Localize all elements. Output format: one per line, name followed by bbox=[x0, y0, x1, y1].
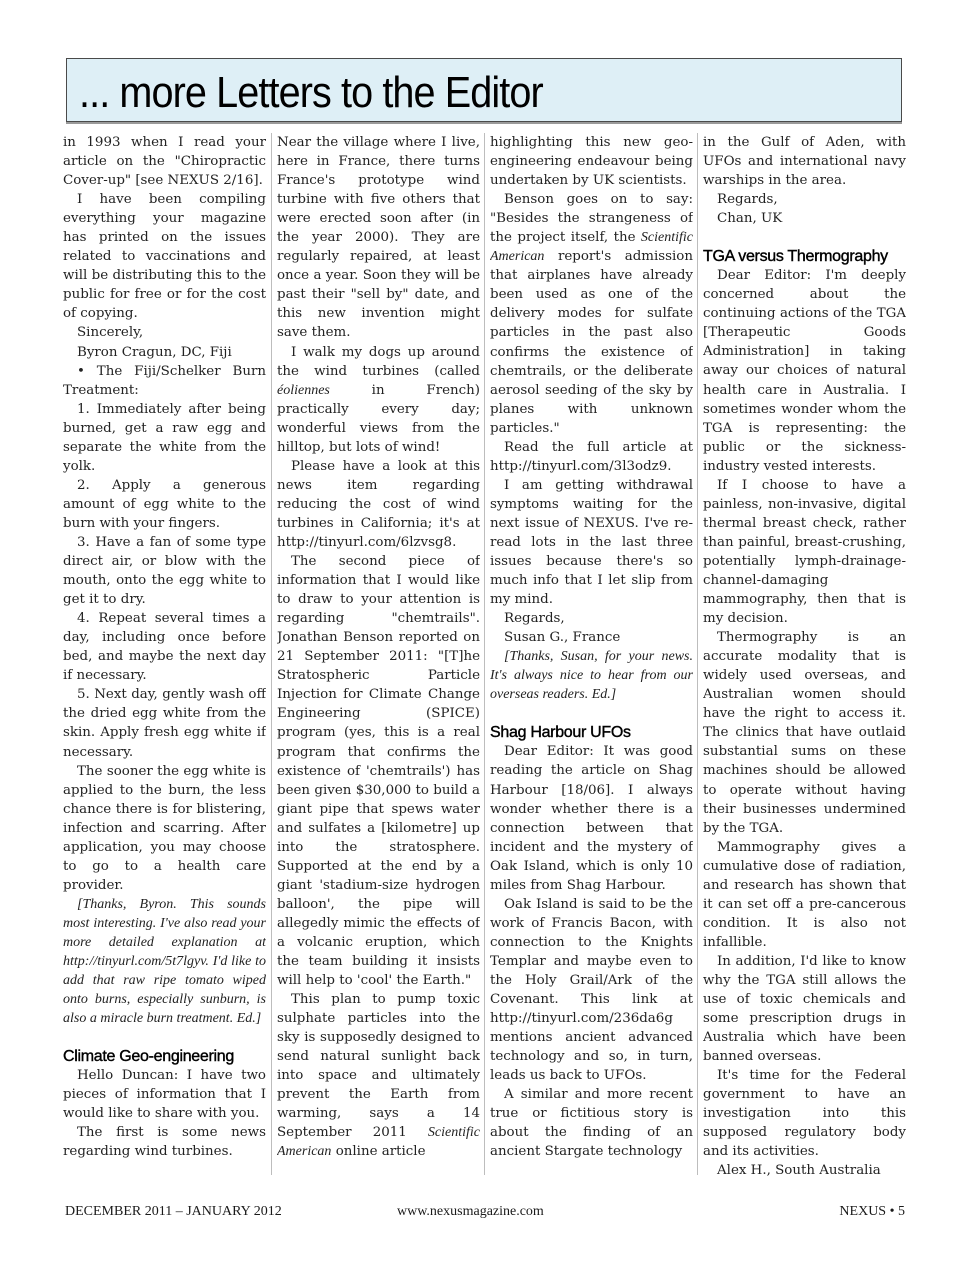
text-run: highlighting this new geo-engineering en… bbox=[490, 135, 693, 188]
letter-paragraph: If I choose to have a painless, non-inva… bbox=[703, 476, 906, 628]
column-3: highlighting this new geo-engineering en… bbox=[490, 133, 693, 1183]
text-run: Alex H., South Australia bbox=[717, 1163, 881, 1178]
letter-paragraph: The sooner the egg white is applied to t… bbox=[63, 762, 266, 895]
letter-paragraph: in 1993 when I read your article on the … bbox=[63, 133, 266, 190]
letter-paragraph: Benson goes on to say: "Besides the stra… bbox=[490, 190, 693, 438]
text-run: I am getting withdrawal symptoms waiting… bbox=[490, 478, 693, 607]
letter-signature: Susan G., France bbox=[490, 628, 693, 647]
letter-paragraph: 3. Have a fan of some type direct air, o… bbox=[63, 533, 266, 609]
letter-paragraph: The first is some news regarding wind tu… bbox=[63, 1123, 266, 1161]
letter-paragraph: I walk my dogs up around the wind turbin… bbox=[277, 343, 480, 457]
letter-signature: Chan, UK bbox=[703, 209, 906, 228]
text-run: The first is some news regarding wind tu… bbox=[63, 1125, 266, 1159]
text-run: Dear Editor: It was good reading the art… bbox=[490, 744, 693, 892]
text-run: in 1993 when I read your article on the … bbox=[63, 135, 266, 188]
text-run: [Thanks, Byron. This sounds most interes… bbox=[63, 897, 266, 1026]
text-run: Oak Island is said to be the work of Fra… bbox=[490, 897, 693, 1083]
text-run: Read the full article at http://tinyurl.… bbox=[490, 440, 693, 474]
text-run: Hello Duncan: I have two pieces of infor… bbox=[63, 1068, 266, 1121]
text-run: report's admission that airplanes have a… bbox=[490, 249, 693, 435]
text-run: Please have a look at this news item reg… bbox=[277, 459, 480, 550]
editor-note: [Thanks, Byron. This sounds most interes… bbox=[63, 895, 266, 1028]
letter-heading: Climate Geo-engineering bbox=[63, 1047, 266, 1066]
letter-signature: Regards, bbox=[703, 190, 906, 209]
text-run: online article bbox=[331, 1144, 425, 1159]
letter-paragraph: 4. Repeat several times a day, including… bbox=[63, 609, 266, 685]
text-run: Regards, bbox=[717, 192, 778, 207]
letter-signature: Sincerely, bbox=[63, 323, 266, 342]
column-4: in the Gulf of Aden, with UFOs and inter… bbox=[703, 133, 906, 1183]
letter-paragraph: This plan to pump toxic sulphate particl… bbox=[277, 990, 480, 1161]
page-number: NEXUS • 5 bbox=[839, 1204, 905, 1220]
column-1: in 1993 when I read your article on the … bbox=[63, 133, 266, 1183]
letter-paragraph: • The Fiji/Schelker Burn Treatment: bbox=[63, 362, 266, 400]
text-run: Dear Editor: I'm deeply concerned about … bbox=[703, 268, 906, 473]
text-run: This plan to pump toxic sulphate particl… bbox=[277, 992, 480, 1140]
column-2: Near the village where I live, here in F… bbox=[277, 133, 480, 1183]
text-run: In addition, I'd like to know why the TG… bbox=[703, 954, 906, 1064]
letter-heading: TGA versus Thermography bbox=[703, 247, 906, 266]
page-title: ... more Letters to the Editor bbox=[79, 65, 543, 121]
text-run: Climate Geo-engineering bbox=[63, 1048, 234, 1065]
text-run: I have been compiling everything your ma… bbox=[63, 192, 266, 321]
letter-paragraph: 2. Apply a generous amount of egg white … bbox=[63, 476, 266, 533]
text-run: Byron Cragun, DC, Fiji bbox=[77, 345, 232, 360]
page-header-box: ... more Letters to the Editor bbox=[66, 58, 902, 122]
letter-paragraph: Near the village where I live, here in F… bbox=[277, 133, 480, 343]
letter-paragraph: Thermography is an accurate modality tha… bbox=[703, 628, 906, 838]
text-run: Thermography is an accurate modality tha… bbox=[703, 630, 906, 835]
text-run: [Thanks, Susan, for your news. It's alwa… bbox=[490, 649, 693, 702]
text-run: Regards, bbox=[504, 611, 565, 626]
column-divider bbox=[271, 133, 272, 1175]
letter-paragraph: I have been compiling everything your ma… bbox=[63, 190, 266, 323]
letter-paragraph: The second piece of information that I w… bbox=[277, 552, 480, 990]
text-run: Chan, UK bbox=[717, 211, 782, 226]
letter-signature: Byron Cragun, DC, Fiji bbox=[63, 343, 266, 362]
letter-paragraph: Dear Editor: It was good reading the art… bbox=[490, 742, 693, 894]
letters-columns: in 1993 when I read your article on the … bbox=[63, 133, 905, 1188]
website-link[interactable]: www.nexusmagazine.com bbox=[397, 1204, 544, 1220]
letter-paragraph: highlighting this new geo-engineering en… bbox=[490, 133, 693, 190]
editor-note: [Thanks, Susan, for your news. It's alwa… bbox=[490, 647, 693, 704]
text-run: If I choose to have a painless, non-inva… bbox=[703, 478, 906, 626]
letter-heading: Shag Harbour UFOs bbox=[490, 723, 693, 742]
text-run: • The Fiji/Schelker Burn Treatment: bbox=[63, 364, 266, 398]
text-run: A similar and more recent true or fictit… bbox=[490, 1087, 693, 1159]
letter-signature: Alex H., South Australia bbox=[703, 1161, 906, 1180]
letter-signature: Regards, bbox=[490, 609, 693, 628]
text-run: 1. Immediately after being burned, get a… bbox=[63, 402, 266, 474]
column-divider bbox=[484, 133, 485, 1175]
letter-paragraph: I am getting withdrawal symptoms waiting… bbox=[490, 476, 693, 609]
letter-paragraph: Oak Island is said to be the work of Fra… bbox=[490, 895, 693, 1085]
text-run: Sincerely, bbox=[77, 325, 143, 340]
text-run: 3. Have a fan of some type direct air, o… bbox=[63, 535, 266, 607]
text-run: Near the village where I live, here in F… bbox=[277, 135, 480, 340]
letter-paragraph: It's time for the Federal government to … bbox=[703, 1066, 906, 1161]
letter-paragraph: 5. Next day, gently wash off the dried e… bbox=[63, 685, 266, 761]
issue-date: DECEMBER 2011 – JANUARY 2012 bbox=[65, 1204, 282, 1220]
column-divider bbox=[697, 133, 698, 1175]
text-run: 4. Repeat several times a day, including… bbox=[63, 611, 266, 683]
letter-paragraph: Hello Duncan: I have two pieces of infor… bbox=[63, 1066, 266, 1123]
letter-paragraph: in the Gulf of Aden, with UFOs and inter… bbox=[703, 133, 906, 190]
letter-paragraph: Mammography gives a cumulative dose of r… bbox=[703, 838, 906, 952]
letter-paragraph: Read the full article at http://tinyurl.… bbox=[490, 438, 693, 476]
letter-paragraph: 1. Immediately after being burned, get a… bbox=[63, 400, 266, 476]
letter-paragraph: A similar and more recent true or fictit… bbox=[490, 1085, 693, 1161]
letter-paragraph: Please have a look at this news item reg… bbox=[277, 457, 480, 552]
text-run: 2. Apply a generous amount of egg white … bbox=[63, 478, 266, 531]
letter-paragraph: Dear Editor: I'm deeply concerned about … bbox=[703, 266, 906, 476]
text-run: Susan G., France bbox=[504, 630, 620, 645]
italic-run: éoliennes bbox=[277, 383, 330, 398]
text-run: I walk my dogs up around the wind turbin… bbox=[277, 345, 480, 379]
text-run: Shag Harbour UFOs bbox=[490, 724, 631, 741]
text-run: in the Gulf of Aden, with UFOs and inter… bbox=[703, 135, 906, 188]
letter-paragraph: In addition, I'd like to know why the TG… bbox=[703, 952, 906, 1066]
text-run: Mammography gives a cumulative dose of r… bbox=[703, 840, 906, 950]
page-footer: DECEMBER 2011 – JANUARY 2012 www.nexusma… bbox=[65, 1204, 905, 1224]
text-run: It's time for the Federal government to … bbox=[703, 1068, 906, 1159]
text-run: 5. Next day, gently wash off the dried e… bbox=[63, 687, 266, 759]
text-run: The second piece of information that I w… bbox=[277, 554, 480, 988]
text-run: The sooner the egg white is applied to t… bbox=[63, 764, 266, 893]
text-run: TGA versus Thermography bbox=[703, 248, 888, 265]
